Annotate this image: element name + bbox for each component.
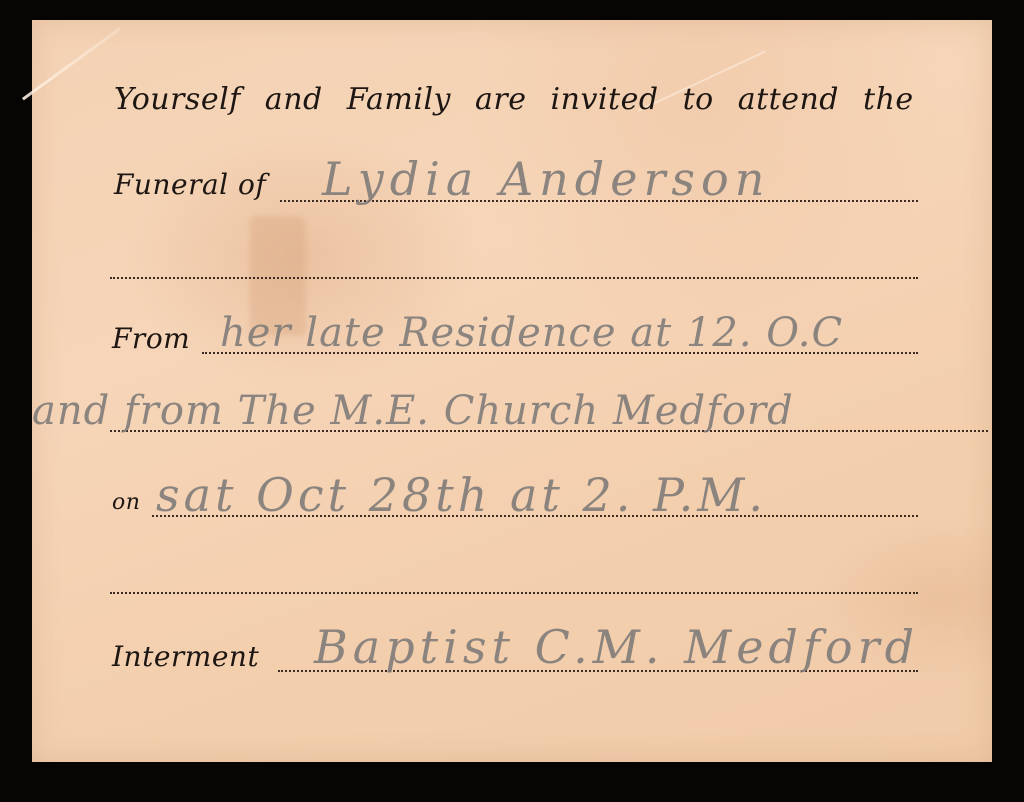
blank-line-2 bbox=[110, 592, 918, 594]
invitation-heading: Yourself and Family are invited to atten… bbox=[114, 82, 914, 117]
church-location: and from The M.E. Church Medford bbox=[32, 388, 794, 434]
funeral-of-label: Funeral of bbox=[114, 168, 266, 201]
deceased-name: Lydia Anderson bbox=[322, 152, 770, 206]
funeral-invitation-card: Yourself and Family are invited to atten… bbox=[32, 20, 992, 762]
from-location: her late Residence at 12. O.C bbox=[220, 310, 843, 356]
funeral-date-time: sat Oct 28th at 2. P.M. bbox=[156, 468, 767, 522]
from-label: From bbox=[112, 322, 190, 355]
black-mourning-border: Yourself and Family are invited to atten… bbox=[0, 0, 1024, 802]
blank-line-1 bbox=[110, 277, 918, 279]
on-label: on bbox=[112, 490, 140, 515]
paper-crease bbox=[22, 27, 121, 100]
interment-label: Interment bbox=[112, 640, 259, 673]
interment-location: Baptist C.M. Medford bbox=[314, 620, 919, 674]
